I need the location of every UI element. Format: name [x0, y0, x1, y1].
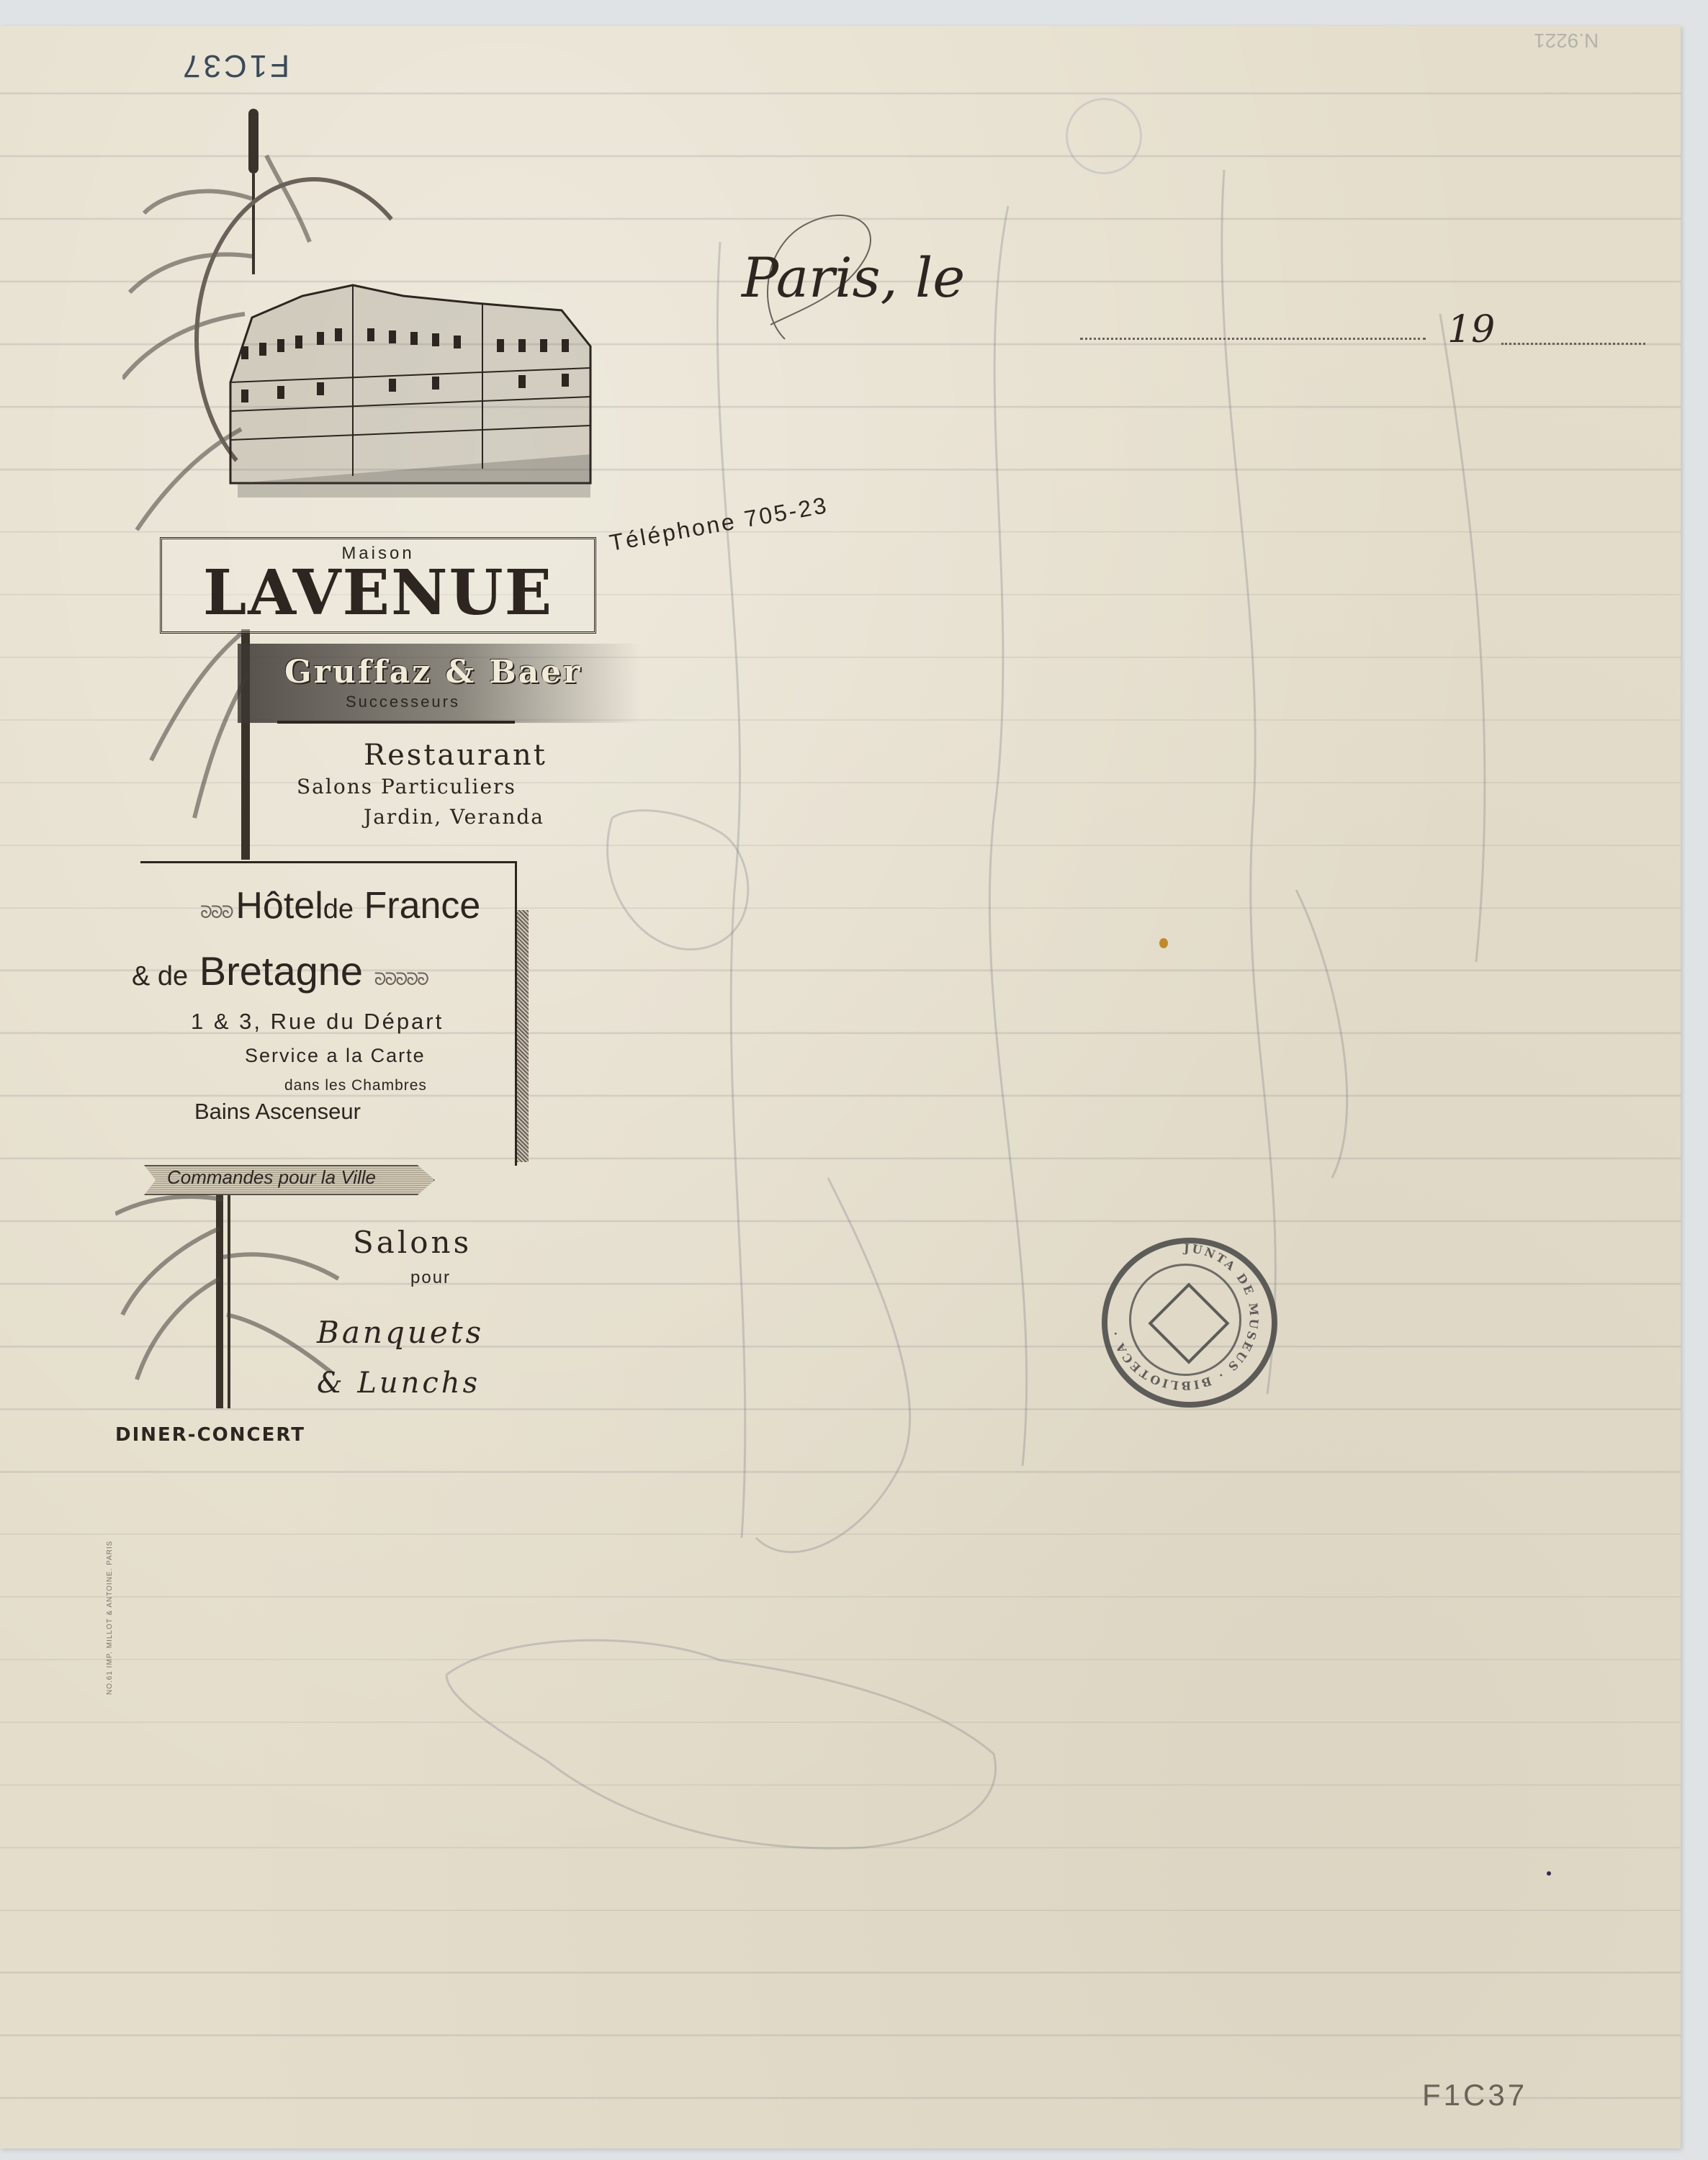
banquets-label: Banquets — [317, 1315, 484, 1350]
business-name: LAVENUE — [162, 561, 594, 626]
diner-concert: DINER-CONCERT — [115, 1424, 305, 1446]
hotel-name-line2: & de Bretagne ᘐᘐᘐᘐᘐ — [132, 948, 428, 994]
pour-label: pour — [410, 1268, 451, 1288]
lower-leaves-icon — [115, 1171, 346, 1408]
hotel-address: 1 & 3, Rue du Départ — [191, 1009, 444, 1035]
seal-text: JUNTA DE MUSEUS · BIBLIOTECA · — [1108, 1243, 1260, 1390]
ribbon-text: Commandes pour la Ville — [167, 1166, 376, 1189]
dans-les-chambres: dans les Chambres — [284, 1077, 427, 1094]
panel-divider — [277, 721, 515, 724]
library-seal-stamp: JUNTA DE MUSEUS · BIBLIOTECA · — [1102, 1238, 1277, 1408]
svg-text:JUNTA DE MUSEUS · BIBLIOTECA ·: JUNTA DE MUSEUS · BIBLIOTECA · — [1108, 1243, 1260, 1390]
catalog-mark-inverted: F1C37 — [180, 48, 289, 84]
hotel-name-line1: ᘐᘐᘐ Hôtelde France — [200, 884, 480, 927]
scroll-ornament-icon: ᘐᘐᘐ — [200, 903, 235, 922]
seal-text-ring: JUNTA DE MUSEUS · BIBLIOTECA · — [1107, 1243, 1260, 1390]
scroll-ornament-icon: ᘐᘐᘐᘐᘐ — [374, 970, 428, 989]
maison-lavenue-panel: Maison LAVENUE — [160, 537, 596, 634]
service-a-la-carte: Service a la Carte — [245, 1045, 426, 1067]
faded-stamp-icon — [1066, 98, 1142, 174]
date-line-prefix: Paris, le — [742, 246, 965, 310]
salons-heading: Salons — [353, 1225, 472, 1260]
year-prefix: 19 — [1447, 308, 1495, 351]
successors-label: Successeurs — [346, 693, 460, 711]
lunchs-label: & Lunchs — [317, 1367, 480, 1400]
printer-imprint: NO.61 IMP. MILLOT & ANTOINE. PARIS — [106, 1541, 114, 1695]
year-field-dotted-line[interactable] — [1501, 343, 1645, 345]
jardin-veranda: Jardin, Veranda — [364, 805, 544, 829]
ink-dot — [1547, 1871, 1551, 1876]
successors-names: Gruffaz & Baer — [284, 654, 582, 690]
letter-paper: F1C37 N.9221 F1C37 — [0, 26, 1681, 2148]
salons-particuliers: Salons Particuliers — [297, 775, 516, 798]
catalog-mark-faded: N.9221 — [1534, 29, 1599, 52]
date-field-dotted-line[interactable] — [1080, 338, 1426, 340]
catalog-mark-bottom: F1C37 — [1422, 2078, 1527, 2112]
paper-stain — [1159, 938, 1168, 948]
hotel-building-engraving — [216, 267, 594, 498]
restaurant-heading: Restaurant — [364, 739, 547, 772]
amenities: Bains Ascenseur — [194, 1099, 361, 1125]
hotel-panel-shadow — [517, 910, 529, 1162]
